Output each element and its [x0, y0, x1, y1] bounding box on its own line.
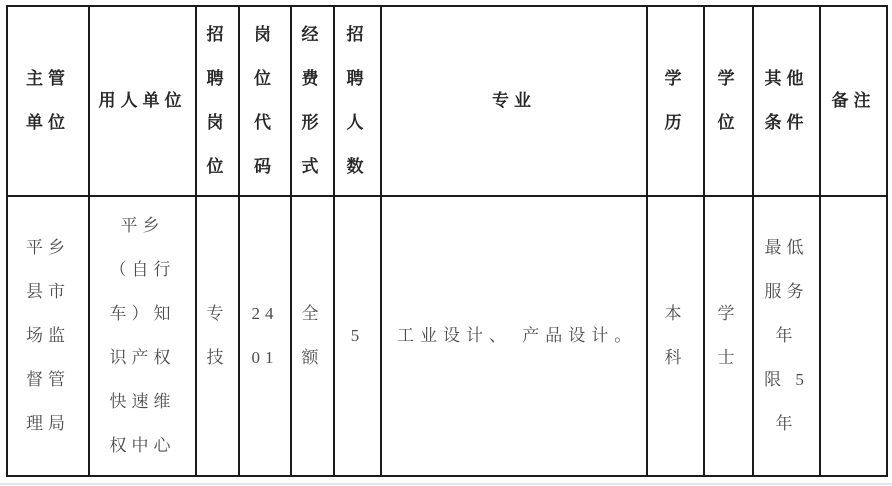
cell-headcount: 5	[334, 196, 381, 476]
cell-other-conditions: 最低 服务 年 限 5 年	[753, 196, 820, 476]
header-degree: 学 位	[704, 6, 753, 196]
cell-degree: 学 士	[704, 196, 753, 476]
cell-funding-type: 全 额	[291, 196, 334, 476]
recruitment-table: 主管 单位 用人单位 招 聘 岗 位 岗 位 代 码 经 费 形 式 招 聘 人…	[6, 5, 888, 477]
header-position-code: 岗 位 代 码	[239, 6, 291, 196]
header-funding-type: 经 费 形 式	[291, 6, 334, 196]
cell-supervising-unit: 平乡 县市 场监 督管 理局	[7, 196, 89, 476]
header-supervising-unit: 主管 单位	[7, 6, 89, 196]
header-employer: 用人单位	[89, 6, 196, 196]
document-page: 主管 单位 用人单位 招 聘 岗 位 岗 位 代 码 经 费 形 式 招 聘 人…	[0, 0, 892, 486]
header-education: 学 历	[647, 6, 704, 196]
cell-position-code: 24 01	[239, 196, 291, 476]
table-row: 平乡 县市 场监 督管 理局 平乡 （自行 车）知 识产权 快速维 权中心 专 …	[7, 196, 887, 476]
cell-education: 本 科	[647, 196, 704, 476]
cell-position-type: 专 技	[196, 196, 239, 476]
scan-edge-artifact	[0, 483, 892, 485]
header-other-conditions: 其他 条件	[753, 6, 820, 196]
header-headcount: 招 聘 人 数	[334, 6, 381, 196]
header-remarks: 备注	[820, 6, 887, 196]
cell-remarks	[820, 196, 887, 476]
header-major: 专业	[381, 6, 647, 196]
cell-employer: 平乡 （自行 车）知 识产权 快速维 权中心	[89, 196, 196, 476]
table-header-row: 主管 单位 用人单位 招 聘 岗 位 岗 位 代 码 经 费 形 式 招 聘 人…	[7, 6, 887, 196]
cell-major: 工业设计、 产品设计。	[381, 196, 647, 476]
header-position-type: 招 聘 岗 位	[196, 6, 239, 196]
